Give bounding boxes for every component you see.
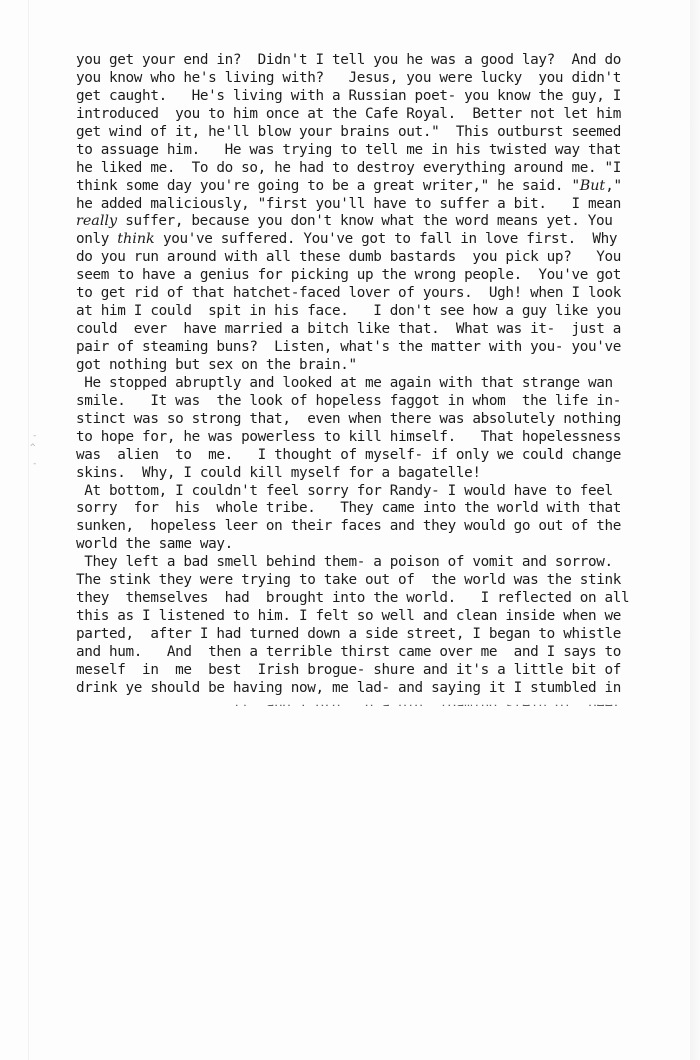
page-scan-edge-right xyxy=(690,0,700,1060)
text-segment: meself in me best Irish brogue- shure an… xyxy=(76,662,621,678)
text-segment: do you run around with all these dumb ba… xyxy=(76,249,621,265)
text-line: really suffer, because you don't know wh… xyxy=(76,213,686,231)
text-line: get caught. He's living with a Russian p… xyxy=(76,88,686,106)
text-segment: introduced you to him once at the Cafe R… xyxy=(76,106,621,122)
text-line: you know who he's living with? Jesus, yo… xyxy=(76,70,686,88)
text-line: They left a bad smell behind them- a poi… xyxy=(76,554,686,572)
text-segment: and hum. And then a terrible thirst came… xyxy=(76,644,621,660)
text-segment: seem to have a genius for picking up the… xyxy=(76,267,621,283)
text-line: skins. Why, I could kill myself for a ba… xyxy=(76,465,686,483)
text-segment: drink ye should be having now, me lad- a… xyxy=(76,680,621,696)
text-line: got nothing but sex on the brain." xyxy=(76,357,686,375)
text-line: and hum. And then a terrible thirst came… xyxy=(76,644,686,662)
page-scan-edge-left xyxy=(28,0,29,1060)
text-segment: smile. It was the look of hopeless faggo… xyxy=(76,393,621,409)
text-segment: they themselves had brought into the wor… xyxy=(76,590,629,606)
text-line: The stink they were trying to take out o… xyxy=(76,572,686,590)
text-segment: sorry for his whole tribe. They came int… xyxy=(76,500,621,516)
text-segment: got nothing but sex on the brain." xyxy=(76,357,357,373)
text-segment: you know who he's living with? Jesus, yo… xyxy=(76,70,621,86)
text-line: to get rid of that hatchet-faced lover o… xyxy=(76,285,686,303)
text-segment: to hope for, he was powerless to kill hi… xyxy=(76,429,621,445)
margin-marks: - ^ - xyxy=(30,432,42,472)
text-line: stinct was so strong that, even when the… xyxy=(76,411,686,429)
text-segment: suffer, because you don't know what the … xyxy=(117,213,612,229)
text-line: you get your end in? Didn't I tell you h… xyxy=(76,52,686,70)
text-segment: at him I could spit in his face. I don't… xyxy=(76,303,621,319)
text-segment: you get your end in? Didn't I tell you h… xyxy=(76,52,621,68)
text-line: smile. It was the look of hopeless faggo… xyxy=(76,393,686,411)
text-segment: ," xyxy=(605,178,622,194)
text-line: at him I could spit in his face. I don't… xyxy=(76,303,686,321)
text-line: he added maliciously, "first you'll have… xyxy=(76,196,686,214)
text-segment: think some day you're going to be a grea… xyxy=(76,178,580,194)
text-segment: He stopped abruptly and looked at me aga… xyxy=(76,375,613,391)
text-line: introduced you to him once at the Cafe R… xyxy=(76,106,686,124)
text-segment: this as I listened to him. I felt so wel… xyxy=(76,608,621,624)
text-line: only think you've suffered. You've got t… xyxy=(76,231,686,249)
text-line: At bottom, I couldn't feel sorry for Ran… xyxy=(76,483,686,501)
text-segment: They left a bad smell behind them- a poi… xyxy=(76,554,613,570)
text-line: seem to have a genius for picking up the… xyxy=(76,267,686,285)
text-line: world the same way. xyxy=(76,536,686,554)
text-line: meself in me best Irish brogue- shure an… xyxy=(76,662,686,680)
text-segment: could ever have married a bitch like tha… xyxy=(76,321,621,337)
text-line: do you run around with all these dumb ba… xyxy=(76,249,686,267)
text-segment: world the same way. xyxy=(76,536,233,552)
text-line: to hope for, he was powerless to kill hi… xyxy=(76,429,686,447)
text-segment: get wind of it, he'll blow your brains o… xyxy=(76,124,621,140)
margin-mark: - xyxy=(32,432,37,441)
text-segment: At bottom, I couldn't feel sorry for Ran… xyxy=(76,483,613,499)
text-line: drink ye should be having now, me lad- a… xyxy=(76,680,686,698)
text-line: parted, after I had turned down a side s… xyxy=(76,626,686,644)
text-line: sunken, hopeless leer on their faces and… xyxy=(76,518,686,536)
text-line: was alien to me. I thought of myself- if… xyxy=(76,447,686,465)
text-segment: parted, after I had turned down a side s… xyxy=(76,626,621,642)
text-line: they themselves had brought into the wor… xyxy=(76,590,686,608)
italic-emphasis: really xyxy=(76,213,117,229)
text-line: to assuage him. He was trying to tell me… xyxy=(76,142,686,160)
italic-emphasis: think xyxy=(117,231,154,247)
text-segment: he added maliciously, "first you'll have… xyxy=(76,196,621,212)
margin-mark: ^ xyxy=(30,444,35,453)
text-line: could ever have married a bitch like tha… xyxy=(76,321,686,339)
text-segment: he liked me. To do so, he had to destroy… xyxy=(76,160,621,176)
text-segment: was alien to me. I thought of myself- if… xyxy=(76,447,621,463)
manuscript-text: you get your end in? Didn't I tell you h… xyxy=(76,52,686,706)
text-line: think some day you're going to be a grea… xyxy=(76,178,686,196)
text-segment: get caught. He's living with a Russian p… xyxy=(76,88,621,104)
text-line: he liked me. To do so, he had to destroy… xyxy=(76,160,686,178)
text-segment: skins. Why, I could kill myself for a ba… xyxy=(76,465,481,481)
text-line: sorry for his whole tribe. They came int… xyxy=(76,500,686,518)
text-segment: only xyxy=(76,231,117,247)
text-line: this as I listened to him. I felt so wel… xyxy=(76,608,686,626)
text-segment: pair of steaming buns? Listen, what's th… xyxy=(76,339,621,355)
text-line: pair of steaming buns? Listen, what's th… xyxy=(76,339,686,357)
margin-mark: - xyxy=(32,460,37,469)
italic-emphasis: But xyxy=(580,178,605,194)
text-segment: to get rid of that hatchet-faced lover o… xyxy=(76,285,621,301)
text-segment: sunken, hopeless leer on their faces and… xyxy=(76,518,621,534)
text-segment: stinct was so strong that, even when the… xyxy=(76,411,621,427)
text-segment: you've suffered. You've got to fall in l… xyxy=(155,231,617,247)
text-line: ll and I ord d a big foaming stein of be… xyxy=(76,698,686,706)
text-line: get wind of it, he'll blow your brains o… xyxy=(76,124,686,142)
text-line: He stopped abruptly and looked at me aga… xyxy=(76,375,686,393)
text-segment: ll and I ord d a big foaming stein of be… xyxy=(76,698,621,706)
text-segment: to assuage him. He was trying to tell me… xyxy=(76,142,621,158)
text-segment: The stink they were trying to take out o… xyxy=(76,572,621,588)
